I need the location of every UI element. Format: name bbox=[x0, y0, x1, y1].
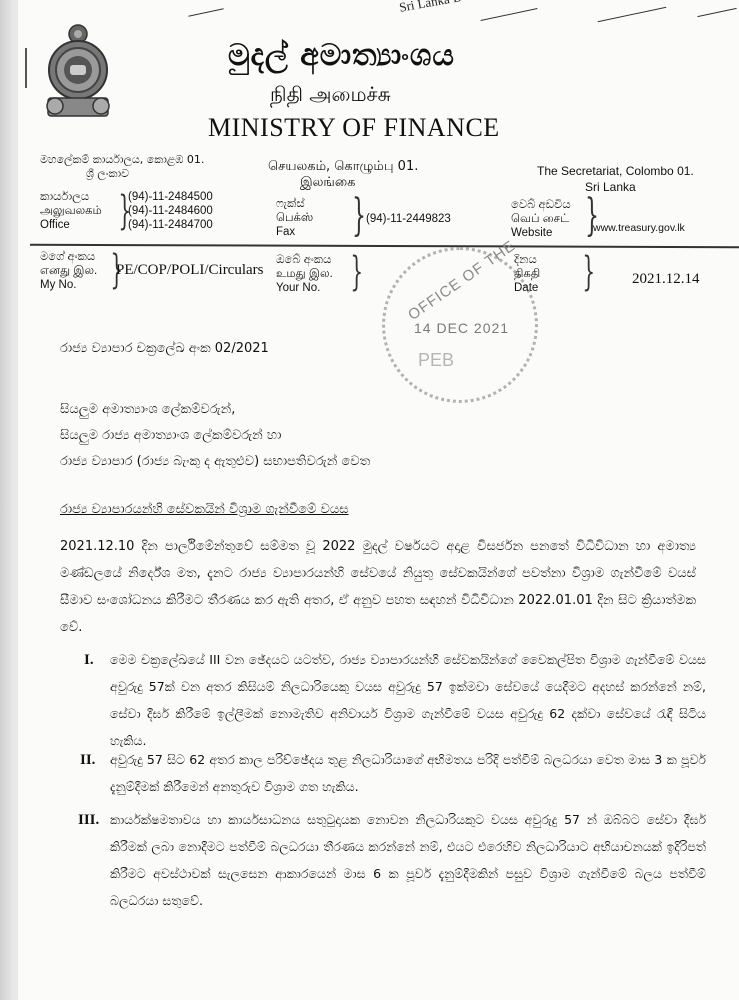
office-phone: (94)-11-2484700 bbox=[128, 218, 213, 232]
your-no-labels: ඔබේ අංකය உமது இல. Your No. bbox=[276, 253, 333, 295]
date-labels: දිනය திகதி Date bbox=[514, 253, 540, 295]
title-tamil: நிதி அமைச்சு bbox=[270, 82, 391, 109]
office-label-si: කාර්යාලය bbox=[40, 190, 102, 204]
date-label-ta: திகதி bbox=[514, 267, 540, 281]
your-no-label-ta: உமது இல. bbox=[276, 267, 333, 281]
item-text: අවුරුදු 57 සිට 62 අතර කාල පරිච්ඡේදය තුළ … bbox=[110, 746, 706, 800]
office-phone: (94)-11-2484600 bbox=[128, 204, 213, 218]
fax-number: (94)-11-2449823 bbox=[366, 212, 451, 226]
stamp-date: 14 DEC 2021 bbox=[414, 320, 509, 336]
item-text: කාර්යක්ෂමතාවය හා කාර්යසාධනය සතුටුදායක නො… bbox=[110, 806, 706, 914]
office-phones: (94)-11-2484500 (94)-11-2484600 (94)-11-… bbox=[128, 190, 213, 232]
my-no-label-si: මගේ අංකය bbox=[40, 250, 97, 264]
date-label-si: දිනය bbox=[514, 253, 540, 267]
item-text: මෙම චක්‍රලේඛයේ III වන ඡේදයට යටත්ව, රාජ්‍… bbox=[110, 646, 706, 754]
address-english-line1: The Secretariat, Colombo 01. bbox=[537, 164, 694, 178]
item-number: III. bbox=[78, 812, 99, 829]
my-reference-number: PE/COP/POLI/Circulars bbox=[116, 262, 264, 279]
brace: } bbox=[352, 196, 366, 236]
margin-mark bbox=[25, 48, 27, 88]
address-sinhala-line1: මහලේකම් කාර්යාලය, කොළඹ 01. bbox=[40, 153, 204, 166]
office-labels: කාර්යාලය அலுவலகம் Office bbox=[40, 190, 102, 232]
fax-label-en: Fax bbox=[276, 225, 313, 239]
subject-heading: රාජ්‍ය ව්‍යාපාරයන්හි සේවකයින් විශ්‍රාම ග… bbox=[60, 497, 349, 523]
fax-label-si: ෆැක්ස් bbox=[276, 197, 313, 211]
letter-date: 2021.12.14 bbox=[632, 271, 700, 288]
intro-paragraph: 2021.12.10 දින පාර්ලිමේන්තුවේ සම්මත වූ 2… bbox=[60, 533, 696, 641]
website-label-si: වෙබ් අඩවිය bbox=[511, 198, 571, 212]
your-no-label-en: Your No. bbox=[276, 281, 333, 295]
address-tamil-line1: செயலகம், கொழும்பு 01. bbox=[268, 159, 418, 175]
website-labels: වෙබ් අඩවිය வெப் சைட் Website bbox=[511, 198, 571, 240]
website-label-en: Website bbox=[511, 226, 571, 240]
my-no-label-en: My No. bbox=[40, 278, 97, 292]
fax-labels: ෆැක්ස් பெக்ஸ் Fax bbox=[276, 197, 313, 239]
address-sinhala-line2: ශ්‍රී ලංකාව bbox=[86, 167, 129, 180]
circular-number: රාජ්‍ය ව්‍යාපාර චක්‍රලේඛ අංක 02/2021 bbox=[60, 336, 269, 362]
my-no-label-ta: எனது இல. bbox=[40, 264, 97, 278]
item-number: I. bbox=[84, 652, 94, 669]
addressee-line: සියලුම අමාත්‍යාංශ ලේකම්වරුන්, bbox=[60, 397, 235, 423]
brace: } bbox=[582, 252, 595, 292]
office-label-en: Office bbox=[40, 218, 102, 232]
date-label-en: Date bbox=[514, 281, 540, 295]
stamp-subtext: PEB bbox=[418, 350, 454, 371]
brace: } bbox=[350, 252, 363, 292]
website-label-ta: வெப் சைட் bbox=[511, 212, 571, 226]
office-phone: (94)-11-2484500 bbox=[128, 190, 213, 204]
national-emblem-icon bbox=[38, 22, 118, 122]
item-number: II. bbox=[80, 752, 95, 769]
your-no-label-si: ඔබේ අංකය bbox=[276, 253, 333, 267]
addressee-line: රාජ්‍ය ව්‍යාපාර (රාජ්‍ය බැංකු ද ඇතුළුව) … bbox=[60, 449, 370, 475]
addressee-line: සියලුම රාජ්‍ය අමාත්‍යාංශ ලේකම්වරුන් හා bbox=[60, 423, 281, 449]
my-no-labels: මගේ අංකය எனது இல. My No. bbox=[40, 250, 97, 292]
website-url[interactable]: www.treasury.gov.lk bbox=[593, 221, 685, 235]
title-sinhala: මුදල් අමාත්‍යාංශය bbox=[228, 38, 455, 73]
office-label-ta: அலுவலகம் bbox=[40, 204, 102, 218]
fax-label-ta: பெக்ஸ் bbox=[276, 211, 313, 225]
title-english: MINISTRY OF FINANCE bbox=[208, 113, 500, 143]
address-tamil-line2: இலங்கை bbox=[300, 175, 355, 191]
